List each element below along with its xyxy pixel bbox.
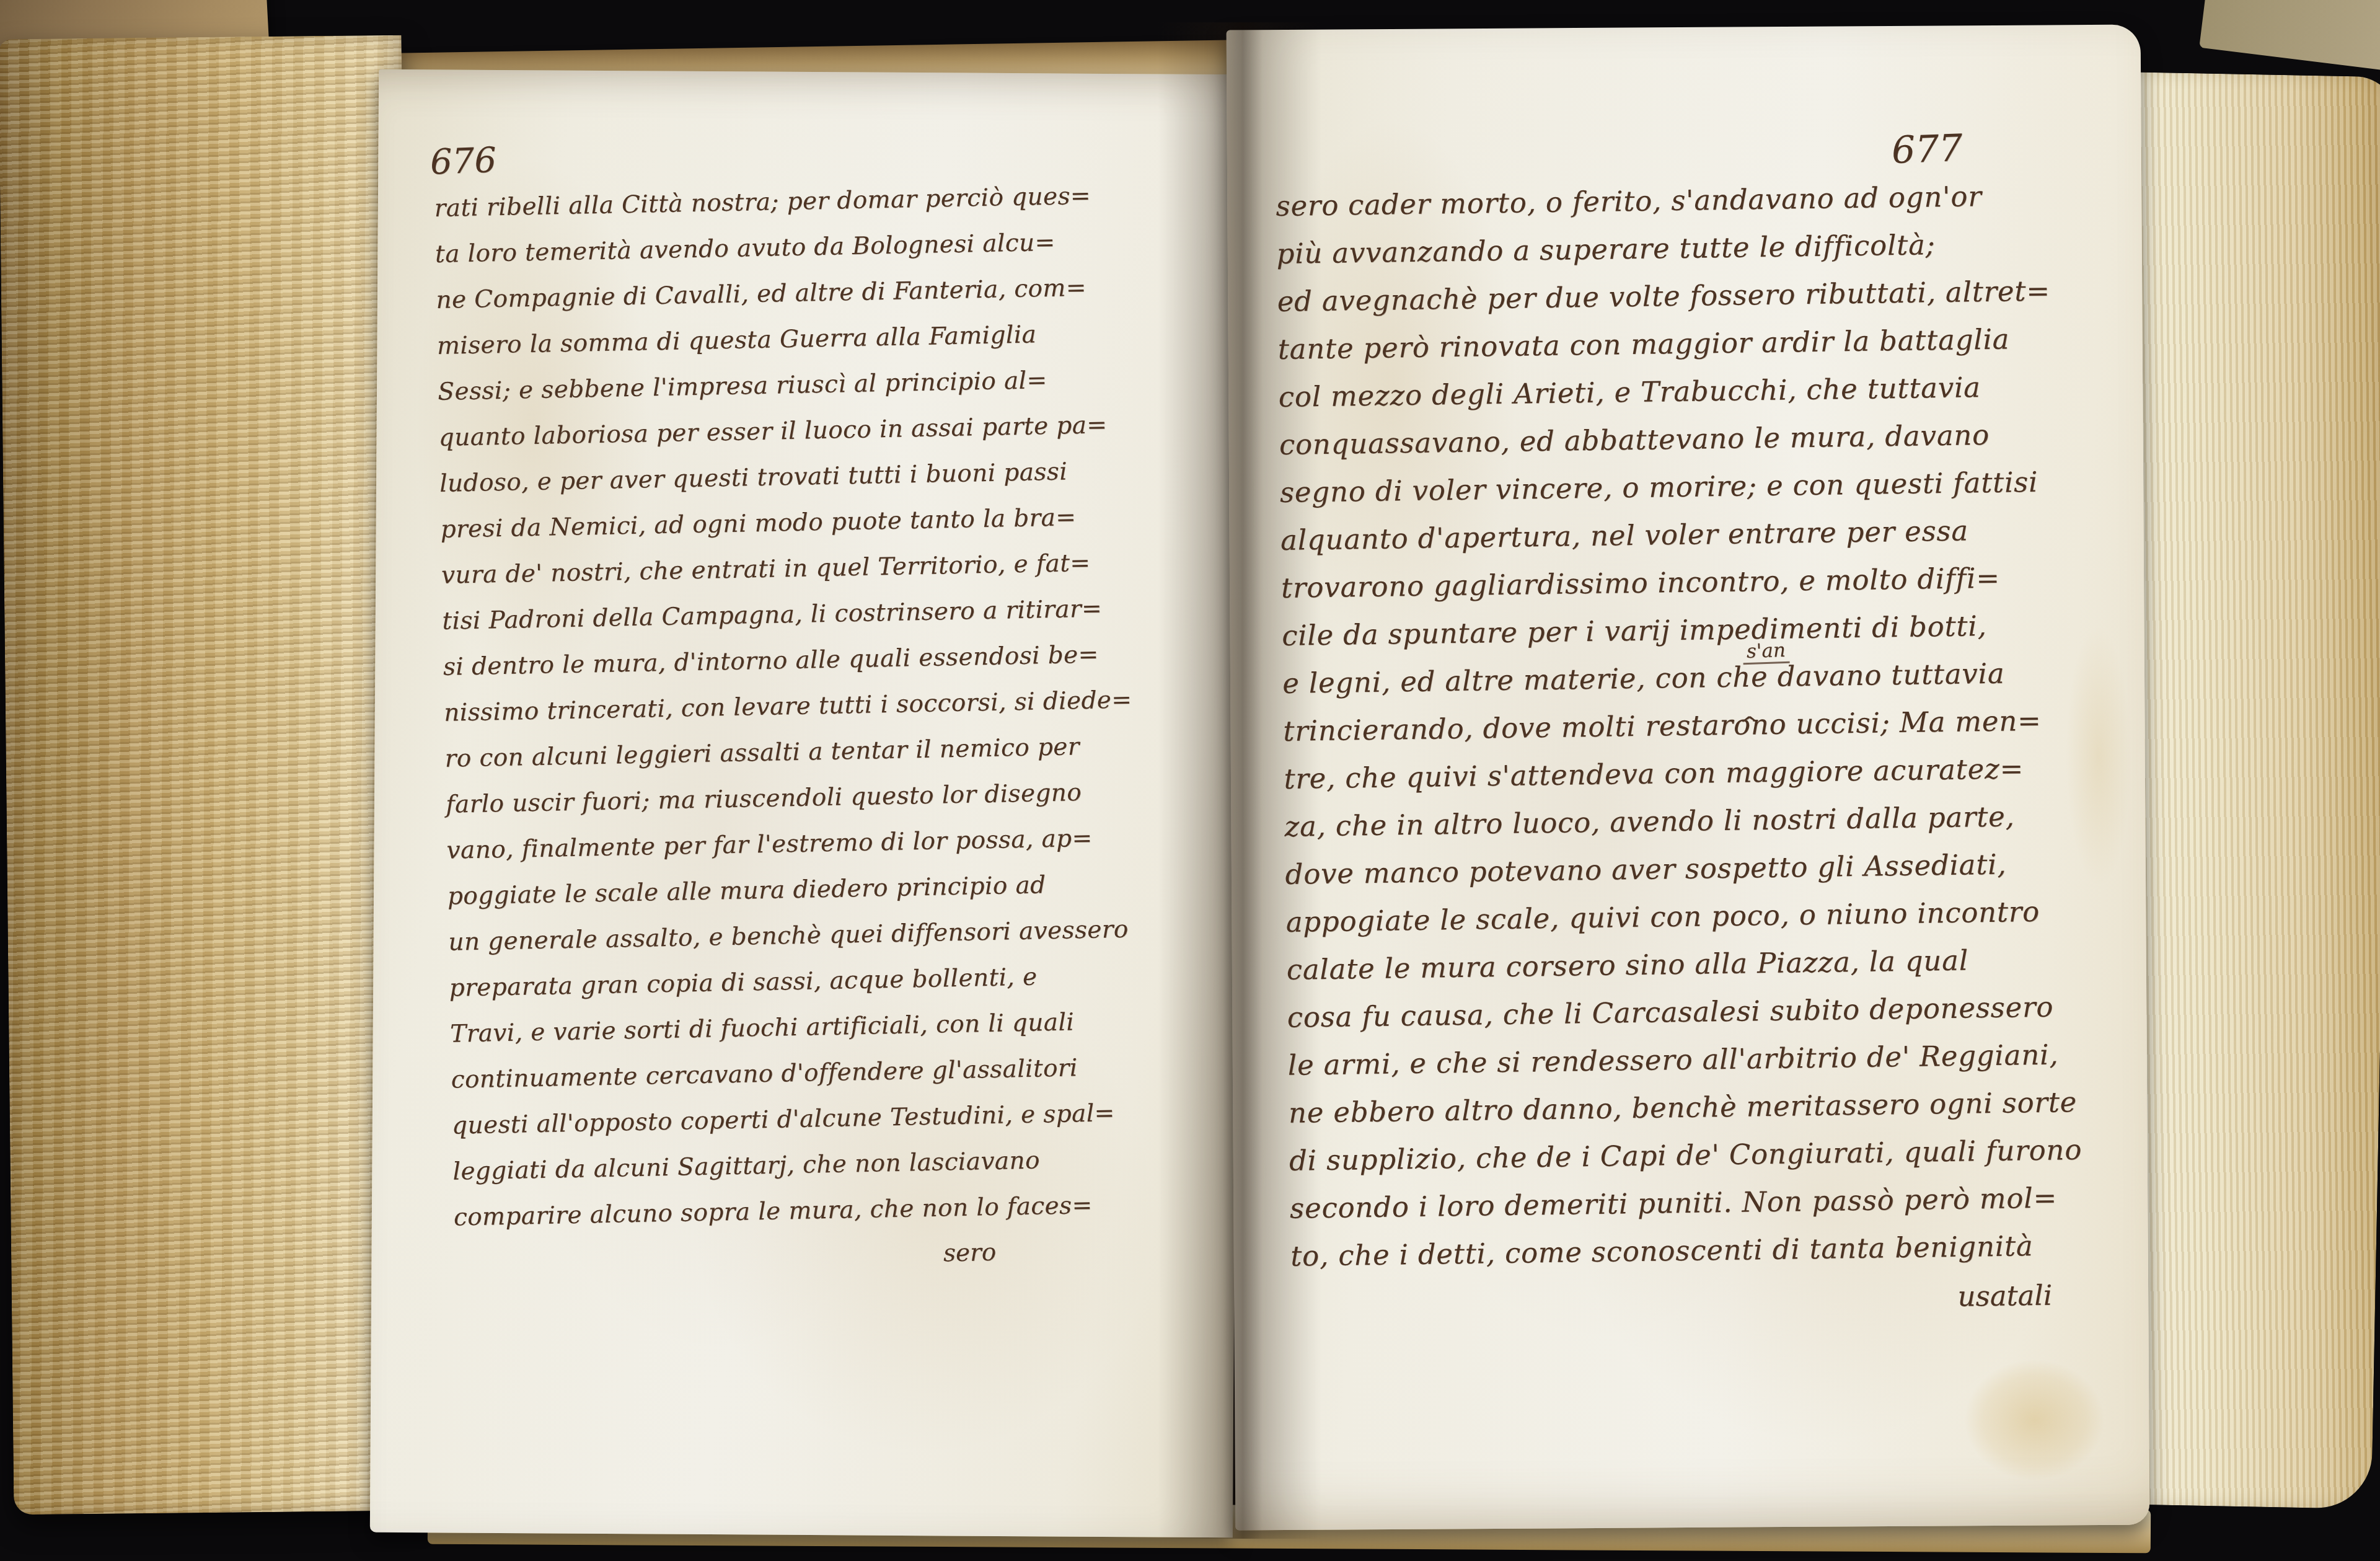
page-number-left: 676 [430, 140, 497, 183]
text-lines-left: rati ribelli alla Città nostra; per doma… [434, 175, 1002, 1241]
interlinear-insertion: s'an [1742, 639, 1789, 665]
top-right-page-corner [2199, 0, 2380, 71]
text-lines-right: sero cader morto, o ferito, s'andavano a… [1276, 171, 2073, 1280]
page-number-right: 677 [1891, 126, 1963, 172]
manuscript-text-left: rati ribelli alla Città nostra; per doma… [434, 175, 1003, 1286]
paper-stain-bottom-right [1941, 1339, 2128, 1501]
manuscript-text-right: sero cader morto, o ferito, s'andavano a… [1276, 171, 2074, 1332]
catchword-right: usatali [1291, 1269, 2074, 1332]
photo-frame: 676 677 rati ribelli alla Città nostra; … [0, 0, 2380, 1561]
left-page-edges [0, 35, 416, 1515]
insertion-caret-icon: ^ [1739, 714, 1760, 736]
